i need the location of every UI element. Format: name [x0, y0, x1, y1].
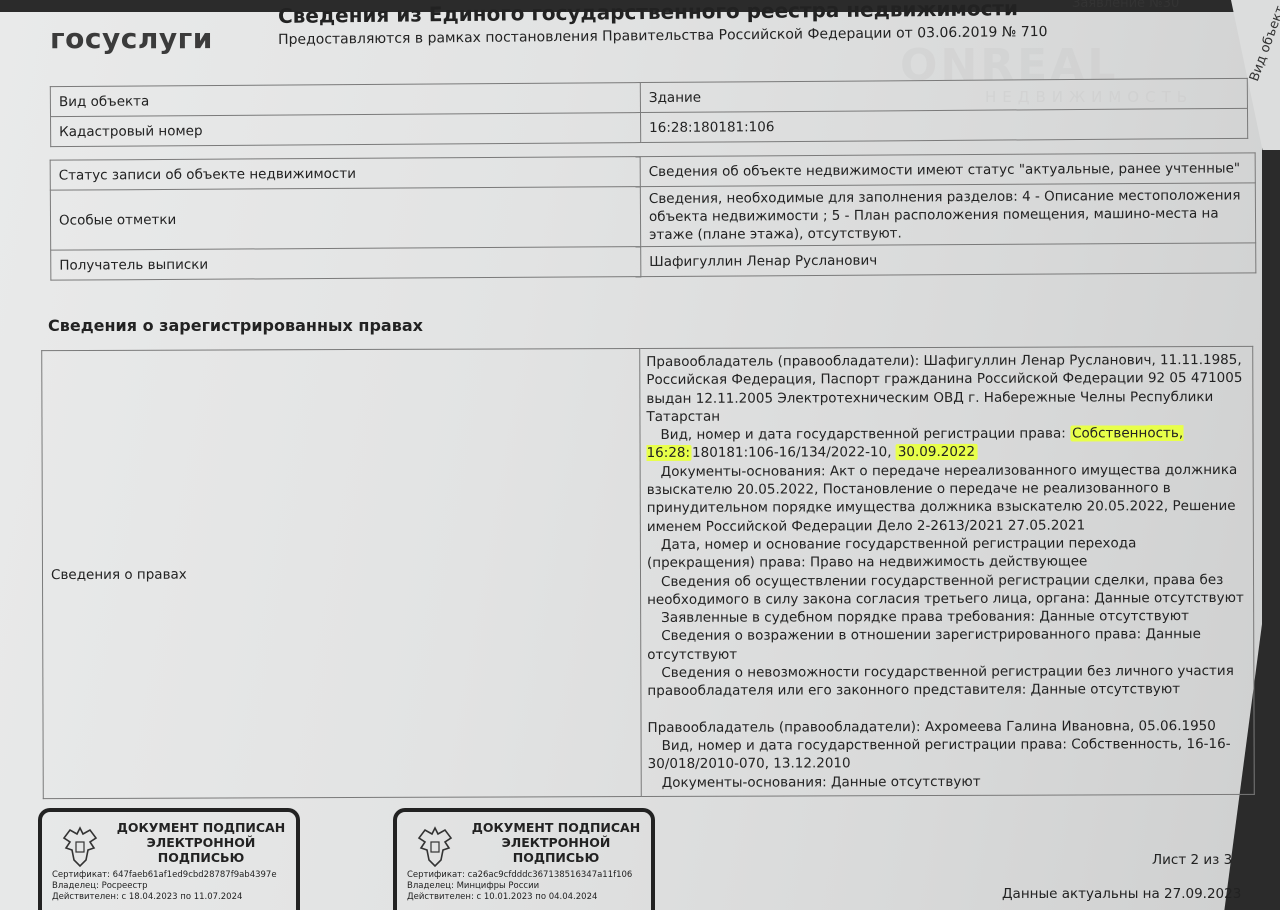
section-title: Сведения о зарегистрированных правах: [48, 316, 423, 335]
holder1-info: Правообладатель (правообладатели): Шафиг…: [646, 352, 1242, 425]
recipient-value: Шафигуллин Ленар Русланович: [641, 243, 1256, 277]
validity: Действителен: с 10.01.2023 по 04.04.2024: [407, 892, 632, 903]
reg-prefix: Вид, номер и дата государственной регист…: [660, 426, 1070, 443]
holder1-objection: Сведения о возражении в отношении зареги…: [647, 625, 1247, 664]
certificate: Сертификат: ca26ac9cfdddc367138516347a11…: [407, 870, 632, 881]
table-row: Сведения о правах Правообладатель (право…: [42, 346, 1255, 798]
cadastral-number-label: Кадастровый номер: [51, 113, 641, 147]
coat-of-arms-icon: [415, 824, 455, 868]
object-type-value: Здание: [640, 78, 1247, 112]
holder2-info: Правообладатель (правообладатели): Ахром…: [648, 718, 1216, 736]
holder1-claims: Заявленные в судебном порядке права треб…: [647, 607, 1247, 627]
owner: Владелец: Росреестр: [52, 881, 277, 892]
record-status-label: Статус записи об объекте недвижимости: [50, 157, 640, 191]
holder1-transfer: Дата, номер и основание государственной …: [647, 534, 1247, 573]
holder1-deal: Сведения об осуществлении государственно…: [647, 570, 1247, 609]
signature-stamp-mintsifry: ДОКУМЕНТ ПОДПИСАН ЭЛЕКТРОННОЙ ПОДПИСЬЮ С…: [393, 808, 655, 910]
signature-stamp-rosreestr: ДОКУМЕНТ ПОДПИСАН ЭЛЕКТРОННОЙ ПОДПИСЬЮ С…: [38, 808, 300, 910]
spacer: [647, 699, 1247, 719]
owner: Владелец: Минцифры России: [407, 881, 632, 892]
special-notes-value: Сведения, необходимые для заполнения раз…: [640, 183, 1255, 247]
holder2-registration: Вид, номер и дата государственной регист…: [648, 735, 1248, 774]
coat-of-arms-icon: [60, 824, 100, 868]
signature-meta: Сертификат: ca26ac9cfdddc367138516347a11…: [407, 870, 632, 903]
rights-label: Сведения о правах: [42, 349, 642, 799]
statement-number: Заявление №30: [1072, 0, 1179, 11]
holder1-registration: Вид, номер и дата государственной регист…: [646, 424, 1246, 463]
data-actual-date: Данные актуальны на 27.09.2023: [1002, 886, 1241, 902]
object-table: Вид объекта Здание Кадастровый номер 16:…: [50, 78, 1248, 147]
holder1-impossibility: Сведения о невозможности государственной…: [647, 662, 1247, 701]
gosuslugi-logo: госуслуги: [50, 22, 213, 55]
reg-number: 180181:106-16/134/2022-10,: [692, 445, 896, 462]
validity: Действителен: с 18.04.2023 по 11.07.2024: [52, 892, 277, 903]
sheet-number: Лист 2 из 3: [1152, 852, 1232, 868]
side-sheet-text: Вид объект: [1247, 4, 1280, 83]
recipient-label: Получатель выписки: [51, 247, 641, 281]
signature-title: ДОКУМЕНТ ПОДПИСАН ЭЛЕКТРОННОЙ ПОДПИСЬЮ: [461, 820, 651, 865]
record-status-value: Сведения об объекте недвижимости имеют с…: [640, 153, 1255, 187]
special-notes-label: Особые отметки: [50, 187, 640, 251]
holder1-documents: Документы-основания: Акт о передаче нере…: [647, 461, 1247, 536]
signature-meta: Сертификат: 647faeb61af1ed9cbd28787f9ab4…: [52, 870, 277, 903]
signature-title: ДОКУМЕНТ ПОДПИСАН ЭЛЕКТРОННОЙ ПОДПИСЬЮ: [106, 820, 296, 865]
certificate: Сертификат: 647faeb61af1ed9cbd28787f9ab4…: [52, 870, 277, 881]
highlighted-date: 30.09.2022: [896, 444, 977, 460]
object-type-label: Вид объекта: [50, 83, 640, 117]
table-row: Особые отметки Сведения, необходимые для…: [50, 183, 1255, 250]
status-table: Статус записи об объекте недвижимости Св…: [50, 152, 1257, 280]
cadastral-number-value: 16:28:180181:106: [641, 108, 1248, 142]
rights-value: Правообладатель (правообладатели): Шафиг…: [640, 346, 1255, 796]
rights-table: Сведения о правах Правообладатель (право…: [41, 346, 1255, 799]
holder2-documents: Документы-основания: Данные отсутствуют: [648, 771, 1248, 791]
